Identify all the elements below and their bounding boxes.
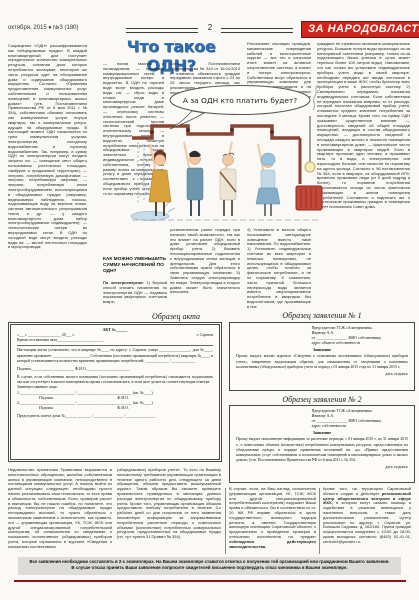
page-number: 2: [203, 23, 217, 32]
akt-sub-name-2: Ф.И.О.: [117, 406, 129, 411]
app2-sign: дата, подпись: [236, 465, 408, 470]
article-subheading: КАК МОЖНО УМЕНЬШИТЬ СУММУ НАЧИСЛЕНИЙ ПО …: [103, 257, 167, 275]
smoke-icon: [313, 85, 317, 110]
masthead-banner: ЗА НАРОДОВЛАСТИЕ: [301, 21, 419, 38]
sample-app1-heading: Образец заявления № 1: [229, 311, 415, 320]
person-man-shirt: [220, 142, 236, 216]
header-rule-left: [126, 28, 198, 33]
app1-to-4: адрес объекта собственности: [312, 341, 408, 346]
water-drips: [138, 142, 144, 204]
akt-chair-line: Председатель совета дома №______ _______…: [17, 414, 213, 419]
article-column-4-bottom: 4) Установить в местах общего пользовани…: [247, 228, 311, 314]
footer-line-2: В случае отказа принять Ваши заявления п…: [18, 565, 401, 571]
speech-bubble-text: А за ОДН кто платить будет?: [183, 96, 297, 105]
header-rule-right: [221, 28, 293, 33]
splash: [164, 202, 175, 212]
sample-app2-heading: Образец заявления № 2: [229, 395, 415, 404]
akt-body: Настоящим актом установлено, что в кварт…: [17, 348, 213, 363]
pipe-joint: [230, 128, 234, 132]
newspaper-page: октября, 2015 ♦ №3 (180) 2 ЗА НАРОДОВЛАС…: [0, 0, 419, 600]
sample-app2-form: Председателю ТСЖ «Альтернатива» Иванову …: [229, 405, 415, 483]
akt-time-line: Время составления акта__________________…: [17, 338, 213, 343]
akt-divider: [17, 345, 213, 346]
bottom-column-3-text: В случае, если, на Ваш взгляд, исполните…: [229, 486, 316, 539]
akt-city: г. Саратов: [197, 333, 213, 338]
footer-notice: Все заявления необходимо составлять в 2-…: [18, 557, 401, 575]
person-woman-dress: [149, 144, 171, 216]
pipe-joint: [150, 130, 154, 134]
akt-sub-sign-2: Подпись: [39, 406, 53, 411]
pipe: [132, 126, 300, 138]
footer-rule: [14, 580, 406, 582]
person-woman-headscarf: [256, 144, 280, 216]
person-man-jacket: [184, 142, 203, 216]
article-column-1: Сокращение «ОДН» расшифровывается как «о…: [8, 44, 87, 312]
radiator: [296, 186, 322, 210]
sample-akt-heading: Образец акта: [128, 312, 224, 321]
app1-body: Прошу выдать копию журнала «Сведения о п…: [236, 354, 408, 369]
sample-app1-form: Председателю ТСЖ «Альтернатива» Иванову …: [229, 322, 415, 391]
akt-note: В случае, если собственник жилого помеще…: [17, 375, 213, 385]
issue-line: октября, 2015 ♦ №3 (180): [8, 25, 79, 31]
lightbulb-icon: [305, 162, 315, 172]
sample-akt-form: АКТ №______ «___» _________________ 20__…: [8, 322, 222, 462]
bottom-column-3-bold: соблюдения действующего законодательства…: [229, 539, 316, 549]
app1-title: Заявление: [236, 348, 408, 353]
bottom-column-2: (общедомовых) приборов учета». То есть п…: [117, 468, 221, 554]
akt-sign-line: Подпись______________________ Ф.И.О.____…: [17, 367, 213, 372]
bottom-column-1: Недовольство принятыми Правилами выражае…: [8, 468, 112, 554]
column-separator: [225, 488, 226, 554]
pipe-joint: [270, 130, 274, 134]
pipe-joint: [186, 128, 190, 132]
speech-bubble: А за ОДН кто платить будет?: [170, 86, 310, 130]
column-separator-2: [319, 488, 320, 554]
bottom-column-3: В случае, если, на Ваш взгляд, исполните…: [229, 487, 316, 554]
cartoon-illustration: А за ОДН кто платить будет?: [130, 80, 325, 230]
bottom-column-4: Кроме того, на территории Саратовской об…: [323, 487, 411, 554]
app2-to-4: адрес собственности: [312, 424, 408, 429]
app2-title: Заявление: [236, 431, 408, 436]
app1-sign: дата, подпись: [236, 372, 408, 377]
article-column-3-bottom: установленном ранее порядке при наличии …: [170, 228, 240, 312]
app2-body: Прошу выдать письменную информацию за ра…: [236, 437, 408, 463]
bottom-column-4-post: в котором могут оказать помощь и содейст…: [323, 500, 411, 543]
article-column-5: граждане не стремятся экономить коммунал…: [317, 42, 410, 314]
